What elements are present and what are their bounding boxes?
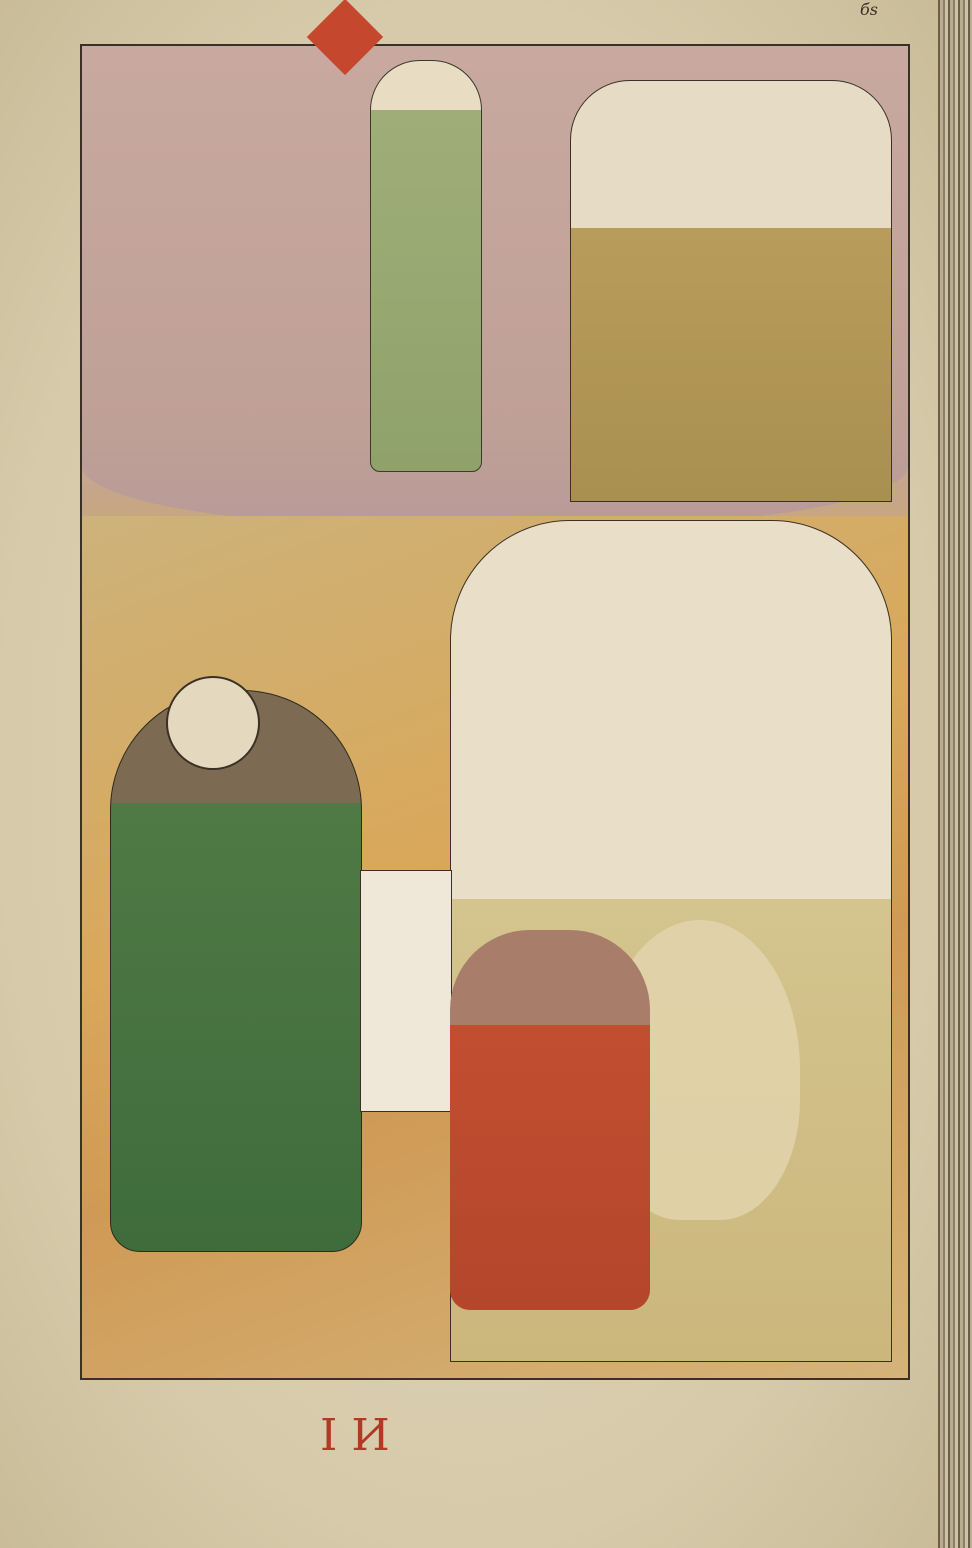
folio-number: бѕ — [860, 0, 878, 19]
page-edges — [938, 0, 972, 1548]
signature-mark: Ӏ И — [320, 1410, 390, 1461]
haloed-saint — [110, 690, 362, 1252]
scroll — [360, 870, 452, 1112]
saint-halo — [166, 676, 260, 770]
heavenly-temple — [570, 80, 892, 502]
manuscript-page: бѕ Ӏ И — [0, 0, 940, 1548]
figure-among-candlesticks — [370, 60, 482, 472]
angel-in-red — [450, 930, 650, 1310]
